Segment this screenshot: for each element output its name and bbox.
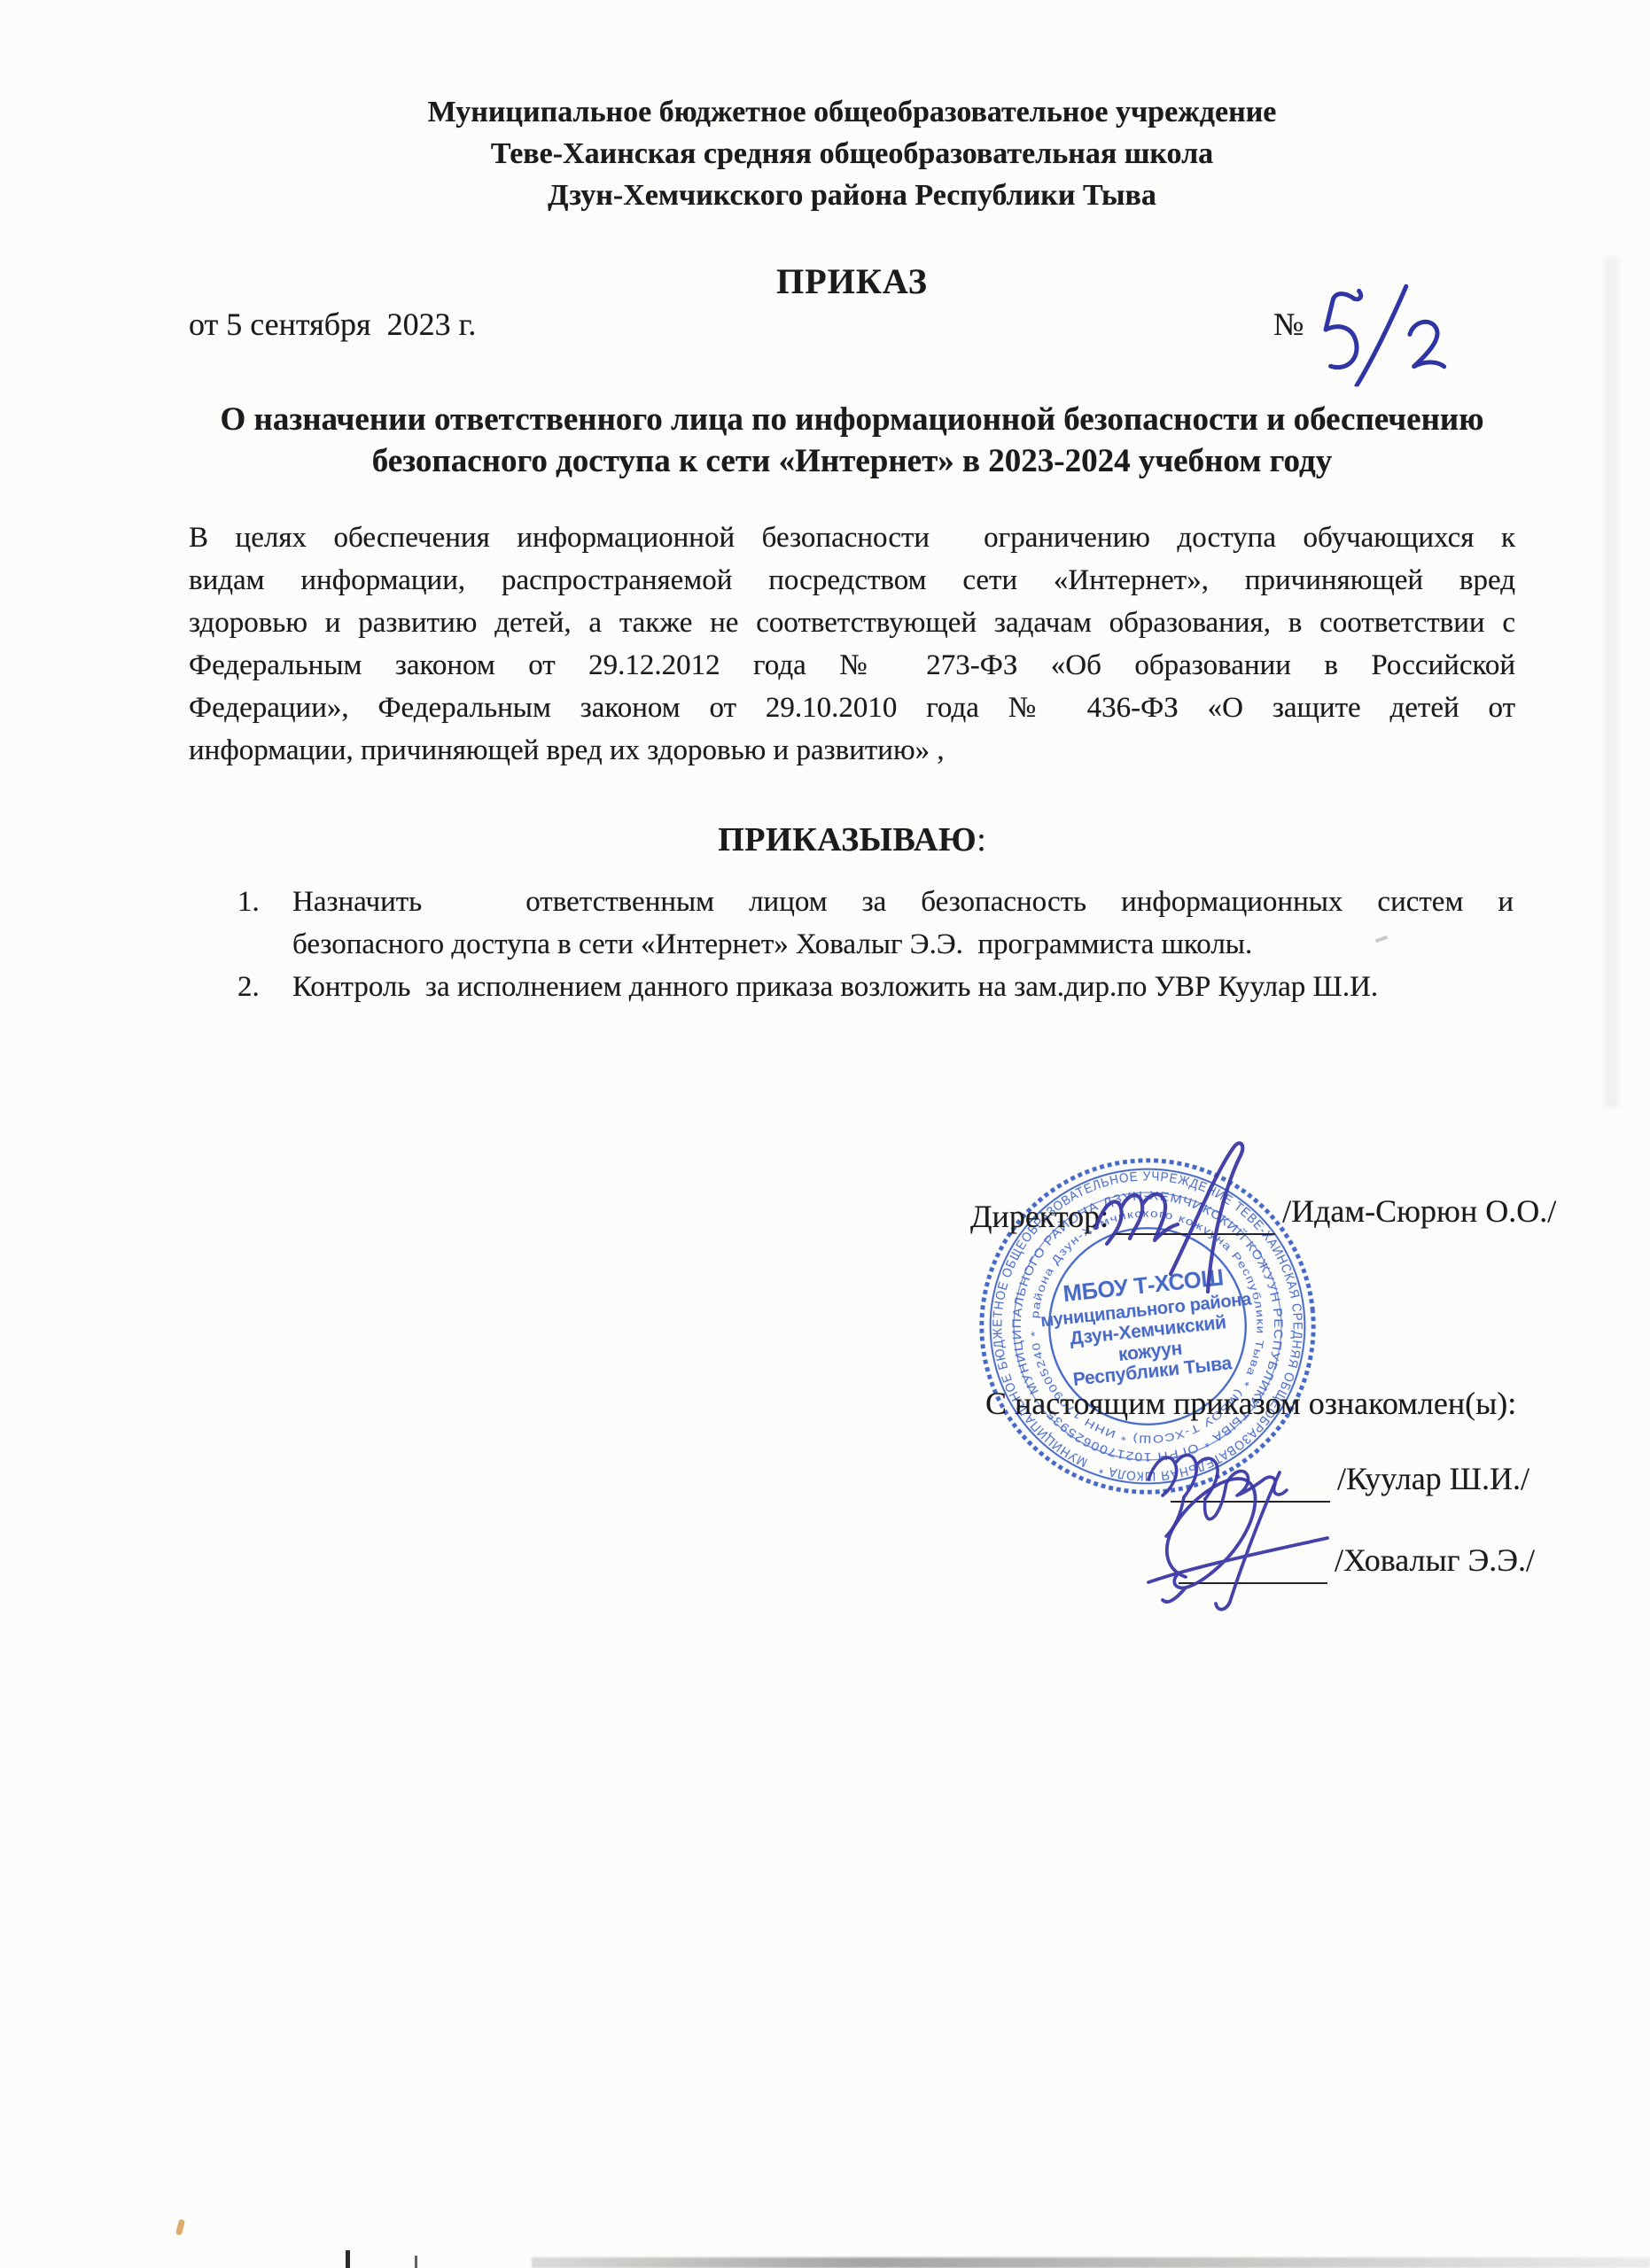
date-number-row: от 5 сентября 2023 г. № 5/2	[189, 305, 1515, 346]
org-line-1: Муниципальное бюджетное общеобразователь…	[189, 91, 1515, 133]
scan-artifact-tick	[415, 2256, 417, 2268]
handwritten-number-ink	[1296, 274, 1451, 390]
director-name: /Идам-Сюрюн О.О./	[1282, 1192, 1556, 1230]
item-line: безопасного доступа в сети «Интернет» Хо…	[292, 923, 1514, 966]
body-line: информации, причиняющей вред их здоровью…	[189, 729, 1515, 772]
order-items: 1. Назначить ответственным лицом за безо…	[237, 881, 1514, 1008]
resolution-heading: ПРИКАЗЫВАЮ:	[189, 820, 1515, 859]
item-line: Назначить ответственным лицом за безопас…	[292, 881, 1514, 923]
subject-line-2: безопасного доступа к сети «Интернет» в …	[189, 440, 1515, 482]
scan-artifact-right-band	[1604, 257, 1618, 1107]
scan-artifact-speck	[175, 2218, 185, 2235]
item-line: Контроль за исполнением данного приказа …	[292, 966, 1514, 1008]
org-header: Муниципальное бюджетное общеобразователь…	[189, 91, 1515, 216]
scan-artifact-bottom-band	[532, 2257, 1650, 2268]
item-text: Назначить ответственным лицом за безопас…	[292, 881, 1514, 966]
order-item-1: 1. Назначить ответственным лицом за безо…	[237, 881, 1514, 966]
order-item-2: 2. Контроль за исполнением данного прика…	[237, 966, 1514, 1008]
scanned-order-document: Муниципальное бюджетное общеобразователь…	[0, 0, 1650, 2268]
item-number: 1.	[237, 881, 292, 966]
item-text: Контроль за исполнением данного приказа …	[292, 966, 1514, 1008]
org-line-3: Дзун-Хемчикского района Республики Тыва	[189, 175, 1515, 216]
body-line: Федерации», Федеральным законом от 29.10…	[189, 687, 1515, 729]
resolution-word: ПРИКАЗЫВАЮ	[718, 821, 977, 858]
ack-name-2: /Ховалыг Э.Э./	[1335, 1542, 1535, 1579]
body-line: здоровью и развитию детей, а также не со…	[189, 602, 1515, 644]
item-number: 2.	[237, 966, 292, 1008]
subject-title: О назначении ответственного лица по инфо…	[189, 399, 1515, 482]
hovalyg-signature-ink	[1136, 1458, 1349, 1618]
date-text: от 5 сентября 2023 г.	[189, 305, 476, 344]
body-line: В целях обеспечения информационной безоп…	[189, 517, 1515, 559]
scan-artifact-tick	[346, 2250, 350, 2268]
body-line: видам информации, распространяемой посре…	[189, 559, 1515, 602]
resolution-colon: :	[977, 821, 986, 858]
body-line: Федеральным законом от 29.12.2012 года №…	[189, 644, 1515, 687]
director-signature-ink	[1068, 1136, 1289, 1304]
ack-name-1: /Куулар Ш.И./	[1337, 1460, 1529, 1497]
subject-line-1: О назначении ответственного лица по инфо…	[189, 399, 1515, 440]
org-line-2: Теве-Хаинская средняя общеобразовательна…	[189, 133, 1515, 175]
body-paragraph: В целях обеспечения информационной безоп…	[189, 517, 1515, 772]
